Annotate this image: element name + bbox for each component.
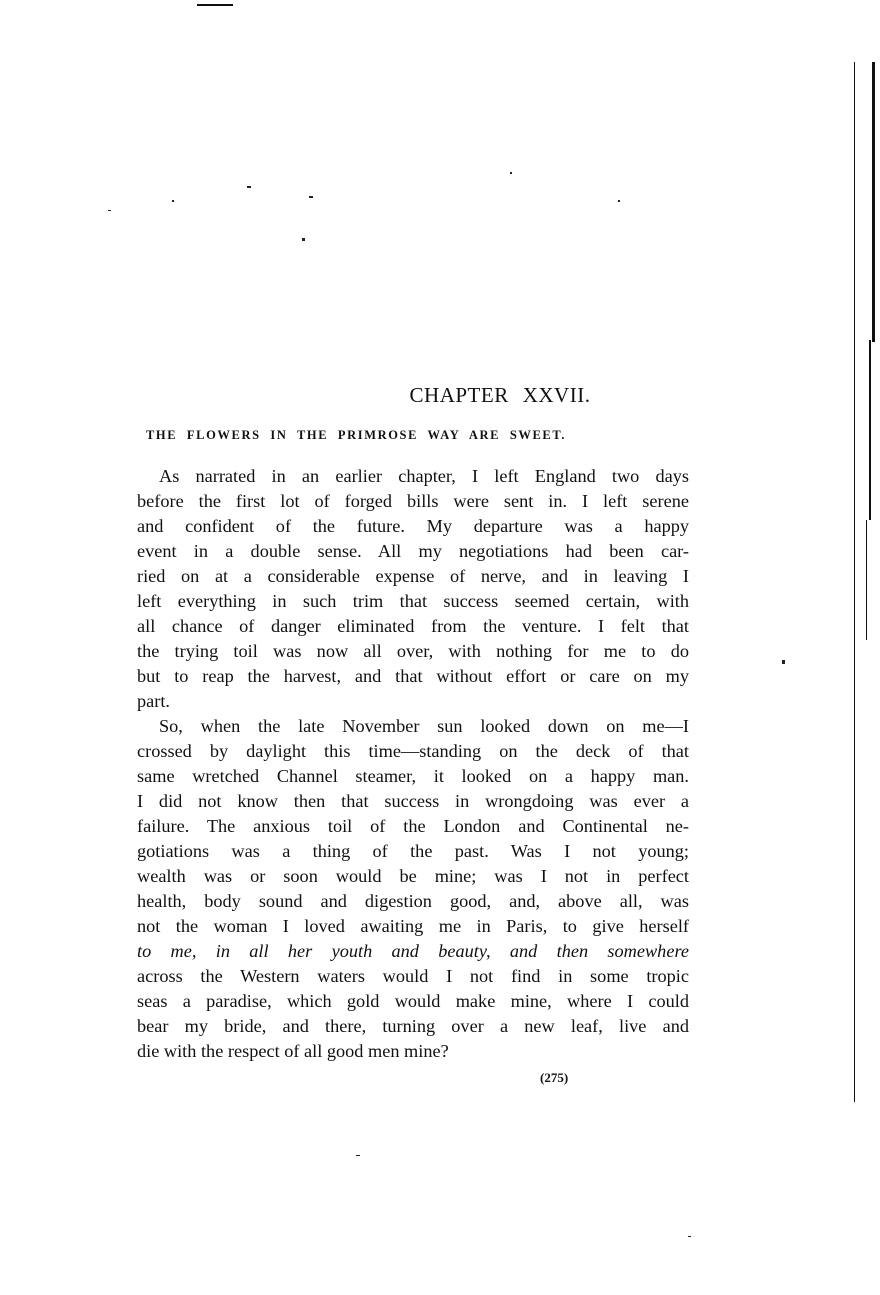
text-line: part. [137, 689, 689, 714]
text-line: all chance of danger eliminated from the… [137, 614, 689, 639]
text-line: crossed by daylight this time—standing o… [137, 739, 689, 764]
text-line: left everything in such trim that succes… [137, 589, 689, 614]
chapter-body: As narrated in an earlier chapter, I lef… [137, 464, 689, 1064]
text-line: wealth was or soon would be mine; was I … [137, 864, 689, 889]
page-edge-line [872, 62, 875, 342]
scan-speck [302, 238, 305, 241]
scan-speck [247, 186, 251, 188]
page-edge-line [869, 340, 871, 520]
paragraph: As narrated in an earlier chapter, I lef… [137, 464, 689, 714]
scan-speck [510, 172, 512, 174]
scan-speck [172, 200, 174, 202]
chapter-subtitle: THE FLOWERS IN THE PRIMROSE WAY ARE SWEE… [146, 428, 716, 443]
text-line: event in a double sense. All my negotiat… [137, 539, 689, 564]
text-line: not the woman I loved awaiting me in Par… [137, 914, 689, 939]
text-line: to me, in all her youth and beauty, and … [137, 939, 689, 964]
text-line: before the first lot of forged bills wer… [137, 489, 689, 514]
text-line: across the Western waters would I not fi… [137, 964, 689, 989]
top-rule-mark [197, 4, 233, 6]
text-line: the trying toil was now all over, with n… [137, 639, 689, 664]
text-line: I did not know then that success in wron… [137, 789, 689, 814]
text-line: same wretched Channel steamer, it looked… [137, 764, 689, 789]
text-line: seas a paradise, which gold would make m… [137, 989, 689, 1014]
chapter-label: CHAPTER [410, 383, 509, 407]
scan-speck [688, 1236, 691, 1237]
text-line: but to reap the harvest, and that withou… [137, 664, 689, 689]
text-line: and confident of the future. My departur… [137, 514, 689, 539]
text-line: die with the respect of all good men min… [137, 1039, 689, 1064]
paragraph: So, when the late November sun looked do… [137, 714, 689, 1064]
scan-speck [108, 210, 111, 211]
text-line: So, when the late November sun looked do… [137, 714, 689, 739]
text-line: bear my bride, and there, turning over a… [137, 1014, 689, 1039]
scan-speck [782, 660, 785, 664]
scan-speck [309, 196, 313, 198]
text-line: failure. The anxious toil of the London … [137, 814, 689, 839]
text-line: gotiations was a thing of the past. Was … [137, 839, 689, 864]
text-line: As narrated in an earlier chapter, I lef… [137, 464, 689, 489]
scan-speck [618, 200, 620, 202]
page-number: (275) [540, 1070, 568, 1086]
scan-speck [356, 1155, 360, 1156]
text-line: health, body sound and digestion good, a… [137, 889, 689, 914]
chapter-heading: CHAPTERXXVII. [0, 383, 880, 408]
text-line: ried on at a considerable expense of ner… [137, 564, 689, 589]
chapter-number: XXVII. [523, 383, 591, 407]
book-page: CHAPTERXXVII. THE FLOWERS IN THE PRIMROS… [0, 0, 880, 1295]
page-edge-line [866, 520, 867, 640]
page-edge-line [854, 62, 855, 1102]
